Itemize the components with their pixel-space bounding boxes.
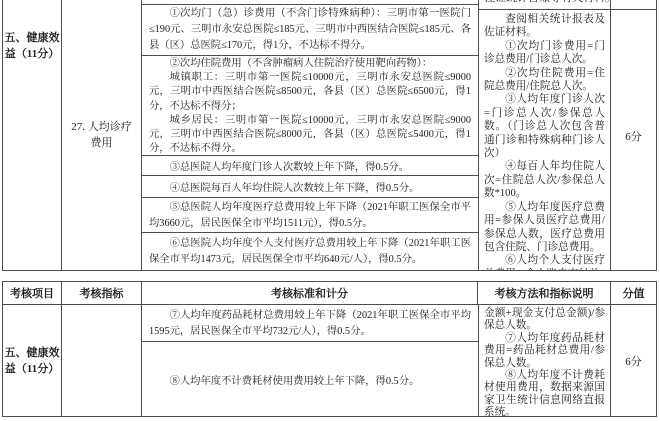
- method-note-6: ⑥人均个人支付医疗总费用=(个人账户支付总: [484, 254, 605, 271]
- standard-item-7: ⑦人均年度药品耗材总费用较上年下降（2021年职工医保全市平均1595元，居民医…: [142, 305, 478, 342]
- standard-2-urban: 城镇职工：三明市第一医院≤10000元，三明市永安总医院≤9000元，三明市中西…: [149, 71, 471, 114]
- standard-1-text: ①次均门（急）诊费用（不含门诊特殊病种）：三明市第一医院门≤190元、三明市永安…: [149, 6, 471, 54]
- method-note-5: ⑤人均年度医疗总费用=参保人员医疗总费用/参保总人数，医疗总费用包含住院、门诊总…: [484, 201, 605, 255]
- table1-indicator-cell: 27. 人均诊疗费用: [62, 0, 142, 271]
- table1-indicator-label: 27. 人均诊疗费用: [68, 119, 135, 151]
- method-note-overview: 查阅相关统计报表及佐证材料。: [484, 13, 605, 40]
- table1-score-value: 6分: [611, 10, 656, 262]
- standard-4-text: ④总医院每百人年均住院人次数较上年下降，得0.5分。: [149, 179, 419, 194]
- method-note-4: ④每百人年均住院人次=住院总人次/参保总人数*100。: [484, 160, 605, 200]
- standard-item-2: ②次均住院费用（不含肿瘤病人住院治疗使用靶向药物）： 城镇职工：三明市第一医院≤…: [142, 56, 478, 156]
- table1-project-label: 五、健康效益（11分）: [3, 30, 61, 62]
- clipped-row-score: [611, 0, 656, 10]
- standard-2-rural: 城乡居民：三明市第一医院≤10000元，三明市永安总医院≤9000元，三明市中西…: [149, 114, 471, 156]
- table2-header-standard: 考核标准和计分: [142, 281, 478, 305]
- table2-header-method: 考核方法和指标说明: [478, 281, 611, 305]
- table1-method-notes: 查阅相关统计报表及佐证材料。 ①次均门诊费用=门诊总费用/门诊总人次。 ②次均住…: [479, 10, 610, 271]
- standard-item-6: ⑥总医院人均年度个人支付医疗总费用较上年下降（2021年职工医保全市平均1473…: [142, 233, 478, 271]
- table1-project-cell: 五、健康效益（11分）: [2, 0, 62, 271]
- standard-8-text: ⑧人均年度不计费耗材使用费用较上年下降，得0.5分。: [149, 372, 419, 387]
- table2-header-score: 分值: [611, 281, 657, 305]
- method-note-6-continued: 金额+现金支付总金额)/参保总人数。: [484, 308, 605, 333]
- table1-method-cell: 佐证统计台账等有关材料。 查阅相关统计报表及佐证材料。 ①次均门诊费用=门诊总费…: [478, 0, 611, 271]
- standard-6-text: ⑥总医院人均年度个人支付医疗总费用较上年下降（2021年职工医保全市平均1473…: [149, 236, 471, 268]
- method-note-3: ③人均年度门诊人次=门诊总人次/参保总人数。（门诊总人次包含普通门诊和特殊病种门…: [484, 93, 605, 160]
- standard-item-3: ③总医院人均年度门诊人次数较上年下降，得0.5分。: [142, 156, 478, 176]
- method-note-8: ⑧人均年度不计费耗材使用费用，数据来源国家卫生统计信息网络直报系统。: [484, 370, 605, 417]
- standard-item-5: ⑤总医院人均年度医疗总费用较上年下降（2021年职工医保全市平均3660元，居民…: [142, 198, 478, 233]
- standard-7-text: ⑦人均年度药品耗材总费用较上年下降（2021年职工医保全市平均1595元，居民医…: [149, 308, 471, 339]
- table2-project-cell: 五、健康效益（11分）: [2, 305, 62, 417]
- table2-indicator-cell-empty: [62, 305, 142, 417]
- standard-item-8: ⑧人均年度不计费耗材使用费用较上年下降，得0.5分。: [142, 342, 478, 417]
- clipped-row: 佐证统计台账等有关材料。: [479, 0, 610, 10]
- table2-method-cell: 金额+现金支付总金额)/参保总人数。 ⑦人均年度药品耗材费用=药品耗材总费用/参…: [478, 305, 611, 417]
- standard-item-1: ①次均门（急）诊费用（不含门诊特殊病种）：三明市第一医院门≤190元、三明市永安…: [142, 4, 478, 56]
- standard-5-text: ⑤总医院人均年度医疗总费用较上年下降（2021年职工医保全市平均3660元，居民…: [149, 200, 471, 232]
- method-note-1: ①次均门诊费用=门诊总费用/门诊总人次。: [484, 40, 605, 67]
- clipped-text-fragment: 佐证统计台账等有关材料。: [484, 0, 605, 5]
- standard-2-intro: ②次均住院费用（不含肿瘤病人住院治疗使用靶向药物）：: [149, 57, 471, 71]
- table2-header-indicator: 考核指标: [62, 281, 142, 305]
- table2-score-cell: 6分: [611, 305, 657, 417]
- standard-3-text: ③总医院人均年度门诊人次数较上年下降，得0.5分。: [149, 158, 409, 173]
- method-note-2: ②次均住院费用=住院总费用/住院总人次。: [484, 67, 605, 94]
- table2-project-label: 五、健康效益（11分）: [3, 345, 61, 377]
- document-page: 五、健康效益（11分） 27. 人均诊疗费用 ①次均门（急）诊费用（不含门诊特殊…: [0, 0, 660, 421]
- method-note-7: ⑦人均年度药品耗材费用=药品耗材总费用/参保总人数。: [484, 333, 605, 370]
- table2-method-notes: 金额+现金支付总金额)/参保总人数。 ⑦人均年度药品耗材费用=药品耗材总费用/参…: [479, 305, 610, 417]
- table2-header-project: 考核项目: [2, 281, 62, 305]
- table1-score-cell: 6分: [611, 0, 657, 271]
- standard-item-4: ④总医院每百人年均住院人次数较上年下降，得0.5分。: [142, 176, 478, 198]
